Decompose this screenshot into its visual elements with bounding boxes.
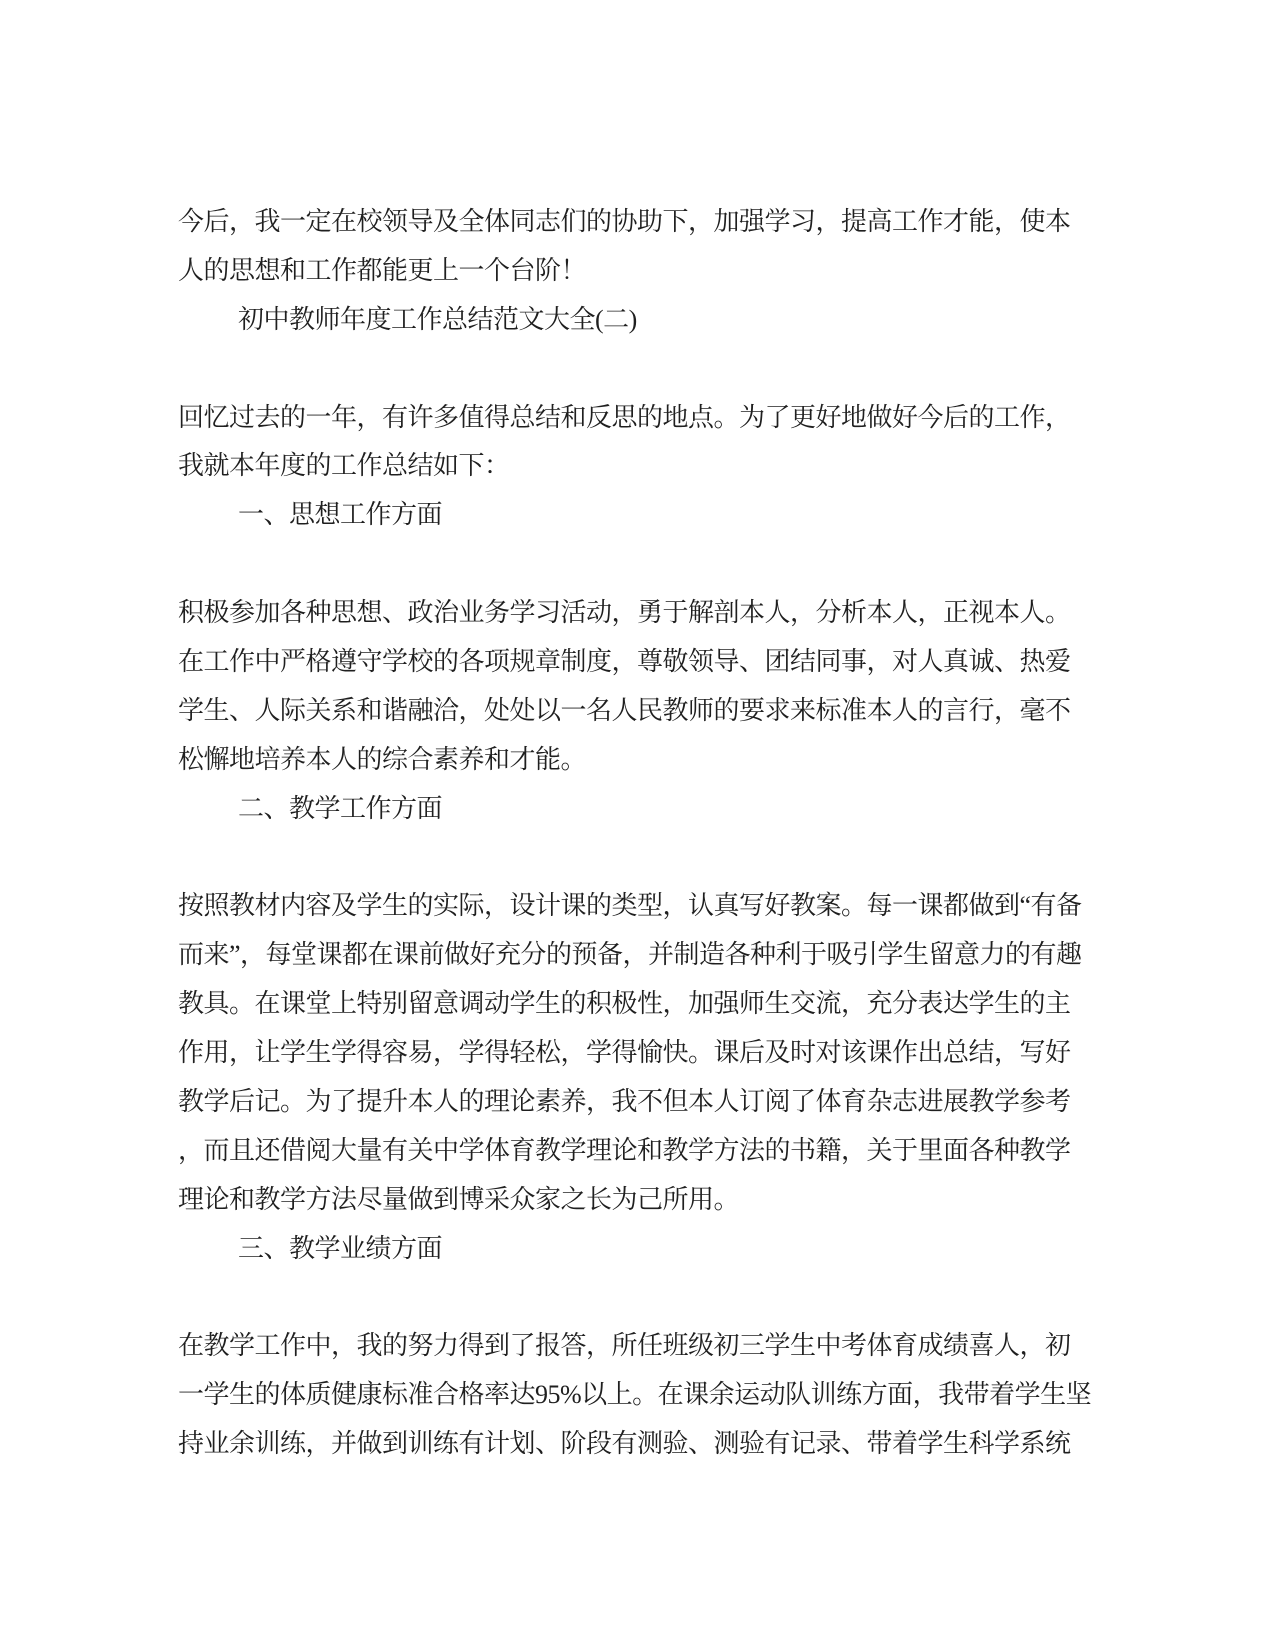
text-line: 今后，我一定在校领导及全体同志们的协助下，加强学习，提高工作才能，使本: [178, 198, 1118, 247]
text-line: 作用，让学生学得容易，学得轻松，学得愉快。课后及时对该课作出总结，写好: [178, 1029, 1118, 1078]
blank-line: [178, 345, 1118, 394]
text-line: 在工作中严格遵守学校的各项规章制度，尊敬领导、团结同事，对人真诚、热爱: [178, 638, 1118, 687]
text-line: 教具。在课堂上特别留意调动学生的积极性，加强师生交流，充分表达学生的主: [178, 980, 1118, 1029]
text-line: 学生、人际关系和谐融洽，处处以一名人民教师的要求来标准本人的言行，毫不: [178, 687, 1118, 736]
blank-line: [178, 834, 1118, 883]
section-heading-line: 二、教学工作方面: [178, 785, 1118, 834]
section-heading-line: 三、教学业绩方面: [178, 1225, 1118, 1274]
text-line: 在教学工作中，我的努力得到了报答，所任班级初三学生中考体育成绩喜人，初: [178, 1322, 1118, 1371]
text-line: 积极参加各种思想、政治业务学习活动，勇于解剖本人，分析本人，正视本人。: [178, 589, 1118, 638]
text-line: ，而且还借阅大量有关中学体育教学理论和教学方法的书籍，关于里面各种教学: [178, 1127, 1118, 1176]
text-line: 理论和教学方法尽量做到博采众家之长为己所用。: [178, 1176, 1118, 1225]
text-line: 我就本年度的工作总结如下：: [178, 442, 1118, 491]
section-heading-line: 一、思想工作方面: [178, 491, 1118, 540]
text-line: 教学后记。为了提升本人的理论素养，我不但本人订阅了体育杂志进展教学参考: [178, 1078, 1118, 1127]
blank-line: [178, 1274, 1118, 1323]
text-line: 回忆过去的一年，有许多值得总结和反思的地点。为了更好地做好今后的工作，: [178, 394, 1118, 443]
document-page: 今后，我一定在校领导及全体同志们的协助下，加强学习，提高工作才能，使本人的思想和…: [0, 0, 1275, 1650]
document-subtitle-line: 初中教师年度工作总结范文大全(二): [178, 296, 1118, 345]
blank-line: [178, 540, 1118, 589]
document-text-block: 今后，我一定在校领导及全体同志们的协助下，加强学习，提高工作才能，使本人的思想和…: [178, 198, 1118, 1469]
text-line: 持业余训练，并做到训练有计划、阶段有测验、测验有记录、带着学生科学系统: [178, 1420, 1118, 1469]
text-line: 松懈地培养本人的综合素养和才能。: [178, 736, 1118, 785]
text-line: 人的思想和工作都能更上一个台阶！: [178, 247, 1118, 296]
text-line: 按照教材内容及学生的实际，设计课的类型，认真写好教案。每一课都做到“有备: [178, 882, 1118, 931]
text-line: 而来”，每堂课都在课前做好充分的预备，并制造各种利于吸引学生留意力的有趣: [178, 931, 1118, 980]
text-line: 一学生的体质健康标准合格率达95%以上。在课余运动队训练方面，我带着学生坚: [178, 1371, 1118, 1420]
